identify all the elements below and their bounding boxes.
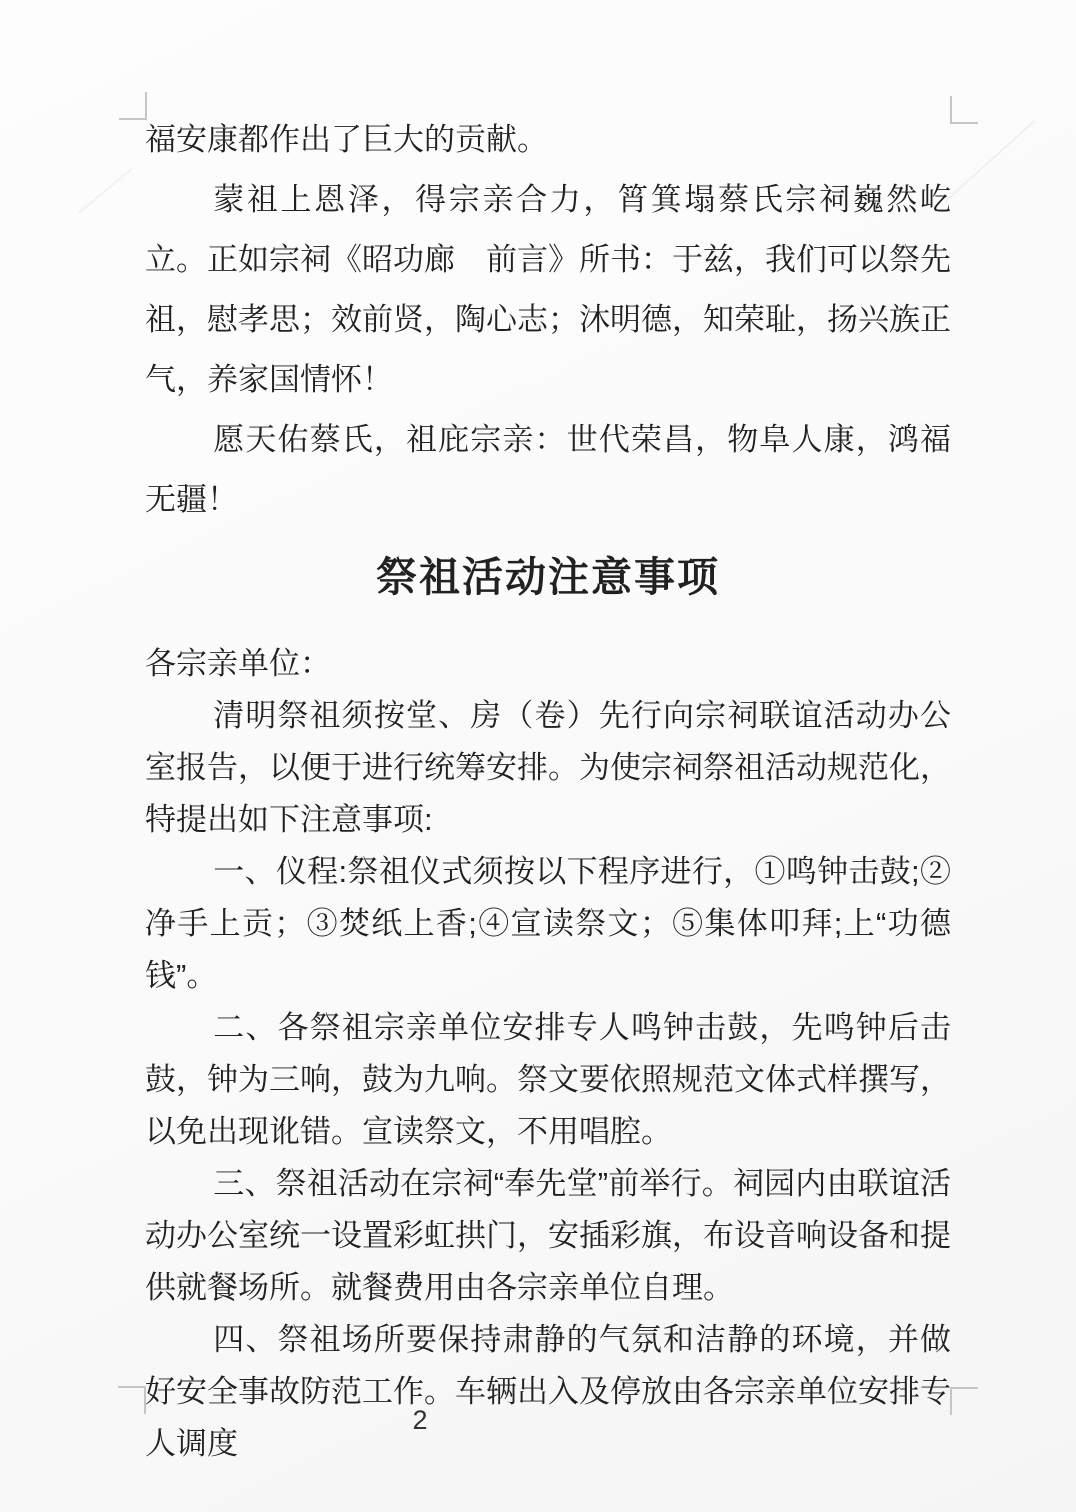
- text-boundary-mark-bottom-left: [118, 1386, 146, 1414]
- document-body: 福安康都作出了巨大的贡献。 蒙祖上恩泽，得宗亲合力，筲箕塌蔡氏宗祠巍然屹立。正如…: [145, 110, 951, 1470]
- photo-crease-artifact: [78, 168, 133, 215]
- salutation: 各宗亲单位：: [145, 638, 951, 690]
- text-boundary-mark-top-left: [119, 92, 147, 120]
- notice-item-4: 四、祭祖场所要保持肃静的气氛和洁静的环境，并做好安全事故防范工作。车辆出入及停放…: [145, 1314, 951, 1470]
- text-boundary-mark-bottom-right: [950, 1387, 978, 1415]
- notice-paragraph: 清明祭祖须按堂、房（卷）先行向宗祠联谊活动办公室报告，以便于进行统筹安排。为使宗…: [145, 690, 951, 846]
- photo-crease-artifact: [945, 120, 1036, 202]
- intro-paragraph-continuation: 福安康都作出了巨大的贡献。: [145, 110, 951, 170]
- notice-item-1: 一、仪程:祭祖仪式须按以下程序进行，①鸣钟击鼓;②净手上贡；③焚纸上香;④宣读祭…: [145, 846, 951, 1002]
- section-heading: 祭祖活动注意事项: [145, 546, 951, 608]
- notice-item-2: 二、各祭祖宗亲单位安排专人鸣钟击鼓，先鸣钟后击鼓，钟为三响，鼓为九响。祭文要依照…: [145, 1002, 951, 1158]
- text-boundary-mark-top-right: [950, 96, 978, 124]
- page-number: 2: [404, 1402, 436, 1438]
- intro-paragraph: 蒙祖上恩泽，得宗亲合力，筲箕塌蔡氏宗祠巍然屹立。正如宗祠《昭功廊 前言》所书：于…: [145, 170, 951, 410]
- intro-paragraph: 愿天佑蔡氏，祖庇宗亲：世代荣昌，物阜人康，鸿福无疆！: [145, 410, 951, 530]
- document-page: 福安康都作出了巨大的贡献。 蒙祖上恩泽，得宗亲合力，筲箕塌蔡氏宗祠巍然屹立。正如…: [0, 0, 1076, 1512]
- notice-item-3: 三、祭祖活动在宗祠“奉先堂”前举行。祠园内由联谊活动办公室统一设置彩虹拱门，安插…: [145, 1158, 951, 1314]
